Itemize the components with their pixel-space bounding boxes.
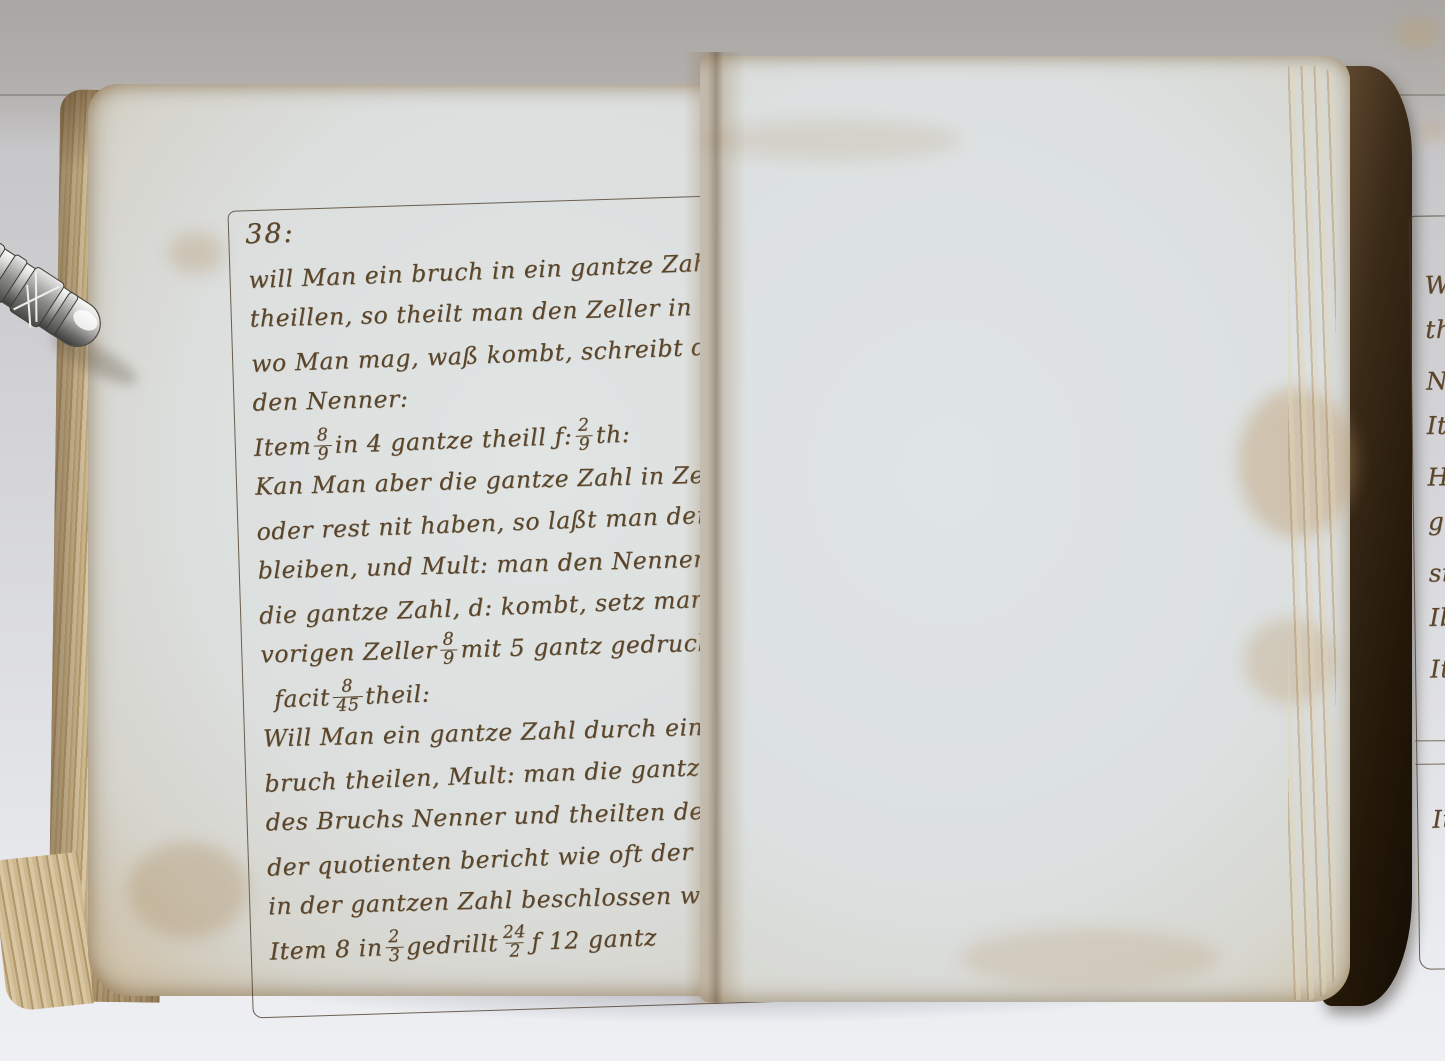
manuscript-line: Ibriges nach gegebenen Lehr:: [1429, 587, 1445, 641]
right-page: 39: Will Man ein gantze Zahl durch einen…: [700, 56, 1350, 1002]
handwritten-fraction: 89: [439, 631, 458, 668]
left-page-number: 38:: [245, 218, 295, 251]
handwritten-fraction: 845: [332, 678, 363, 716]
foxing-stain: [128, 842, 248, 938]
handwritten-fraction: 89: [314, 427, 333, 464]
handwritten-fraction: 23: [385, 928, 404, 965]
manuscript-line: 92 53 2710 ƒ 2 710 :: [1431, 683, 1445, 737]
right-page-border-frame: 39: Will Man ein gantze Zahl durch einen…: [1409, 208, 1445, 970]
handwritten-fraction: 242: [500, 924, 529, 961]
section-divider-line: [1415, 758, 1445, 765]
handwritten-fraction: 29: [575, 417, 594, 454]
book-gutter-shadow: [684, 52, 746, 1004]
photo: 38: will Man ein bruch in ein gantze Zah…: [0, 0, 1445, 1061]
manuscript-book: 38: will Man ein bruch in ein gantze Zah…: [0, 0, 1445, 1061]
right-page-upper-text: Will Man ein gantze Zahl durch einen bru…: [1424, 250, 1445, 739]
manuscript-line: Will Man ein gantze Zahl durch einen bru…: [1424, 248, 1445, 309]
silver-clasp-icon: [0, 210, 150, 380]
manuscript-line: theillen, Mult: man die gantze Zahl in d…: [1425, 299, 1445, 353]
right-page-lower-text: Item 5 34 : in 3 56 , fact: 1 2346 theil…: [1432, 777, 1445, 923]
manuscript-line: Item — 8. ein 35. ƒ: 403 ƒ 13 13. und so…: [1426, 395, 1445, 449]
manuscript-line: gantz und gebrochen zu theillen, so brau…: [1428, 491, 1445, 545]
page-edge-creases: [1288, 66, 1336, 1000]
foxing-stain: [168, 232, 224, 274]
manuscript-line: Item 5 34 : in 3 56 , fact: 1 2346 theil…: [1431, 776, 1445, 854]
foxing-stain: [960, 928, 1220, 988]
manuscript-line: 234 236 ⁴⁶13892 ƒ 1 2346:: [1433, 848, 1445, 922]
page-stack-bottom: [0, 852, 94, 1012]
